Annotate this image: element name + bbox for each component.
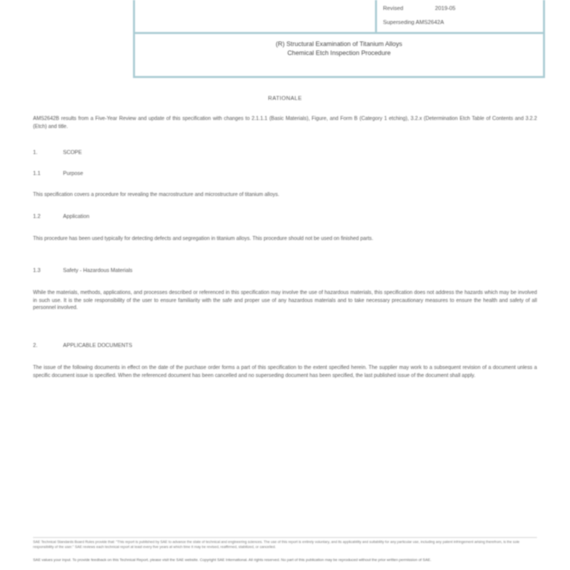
- section-1-heading: 1.SCOPE: [33, 150, 82, 156]
- section-1-1-heading: 1.1Purpose: [33, 171, 83, 177]
- section-1-3-text: While the materials, methods, applicatio…: [33, 290, 537, 313]
- section-1-3-heading: 1.3Safety - Hazardous Materials: [33, 268, 133, 274]
- title-line-1: (R) Structural Examination of Titanium A…: [135, 40, 543, 49]
- title-line-2: Chemical Etch Inspection Procedure: [135, 49, 543, 58]
- section-2-heading: 2.APPLICABLE DOCUMENTS: [33, 343, 132, 349]
- superseding-row: Superseding AMS2642A: [383, 20, 444, 26]
- section-1-2-heading: 1.2Application: [33, 214, 89, 220]
- superseding-label: Superseding AMS2642A: [383, 20, 444, 26]
- document-title: (R) Structural Examination of Titanium A…: [135, 40, 543, 58]
- revised-row: Revised 2019-05: [383, 6, 403, 12]
- revised-date: 2019-05: [435, 6, 456, 12]
- header-top-band: Revised 2019-05 Superseding AMS2642A: [135, 0, 543, 34]
- rationale-heading: RATIONALE: [0, 96, 570, 102]
- revised-label: Revised: [383, 6, 403, 12]
- section-1-1-text: This specification covers a procedure fo…: [33, 192, 537, 200]
- revision-info-column: Revised 2019-05 Superseding AMS2642A: [375, 0, 545, 32]
- rationale-text: AMS2642B results from a Five-Year Review…: [33, 116, 537, 131]
- footer-notice: SAE Technical Standards Board Rules prov…: [33, 537, 537, 550]
- footer-copyright: SAE values your input. To provide feedba…: [33, 558, 537, 563]
- section-2-text: The issue of the following documents in …: [33, 365, 537, 380]
- section-1-2-text: This procedure has been used typically f…: [33, 236, 537, 244]
- document-header-box: Revised 2019-05 Superseding AMS2642A (R)…: [133, 0, 545, 78]
